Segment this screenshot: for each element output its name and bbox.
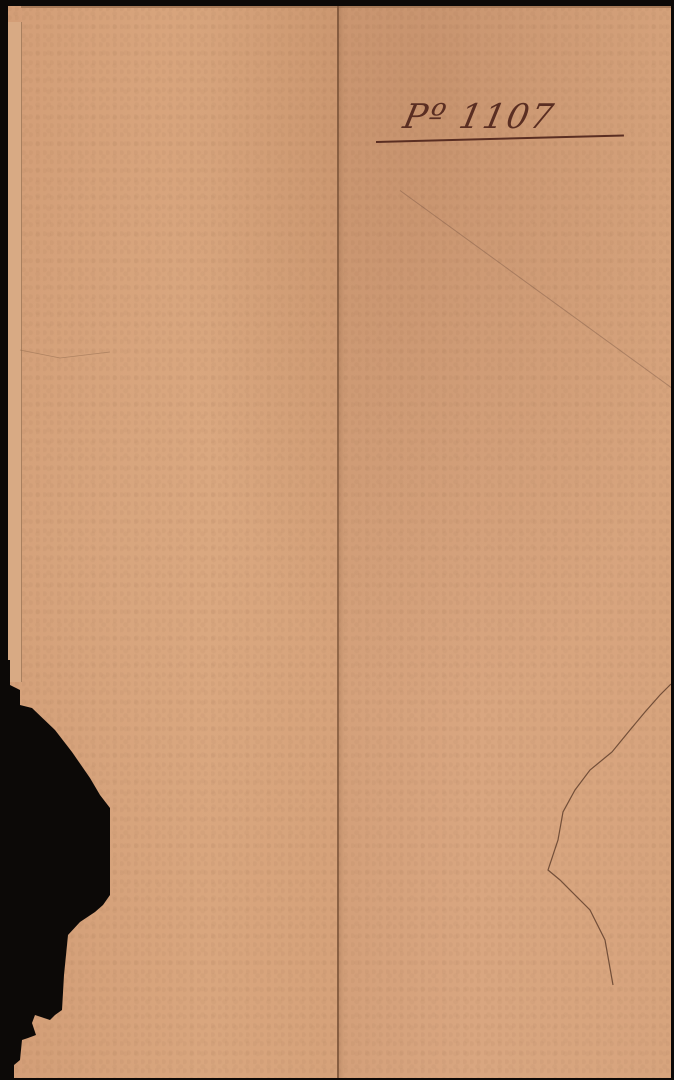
- handwritten-inscription: Pº 1107: [376, 95, 631, 165]
- inscription-text: Pº 1107: [400, 97, 559, 137]
